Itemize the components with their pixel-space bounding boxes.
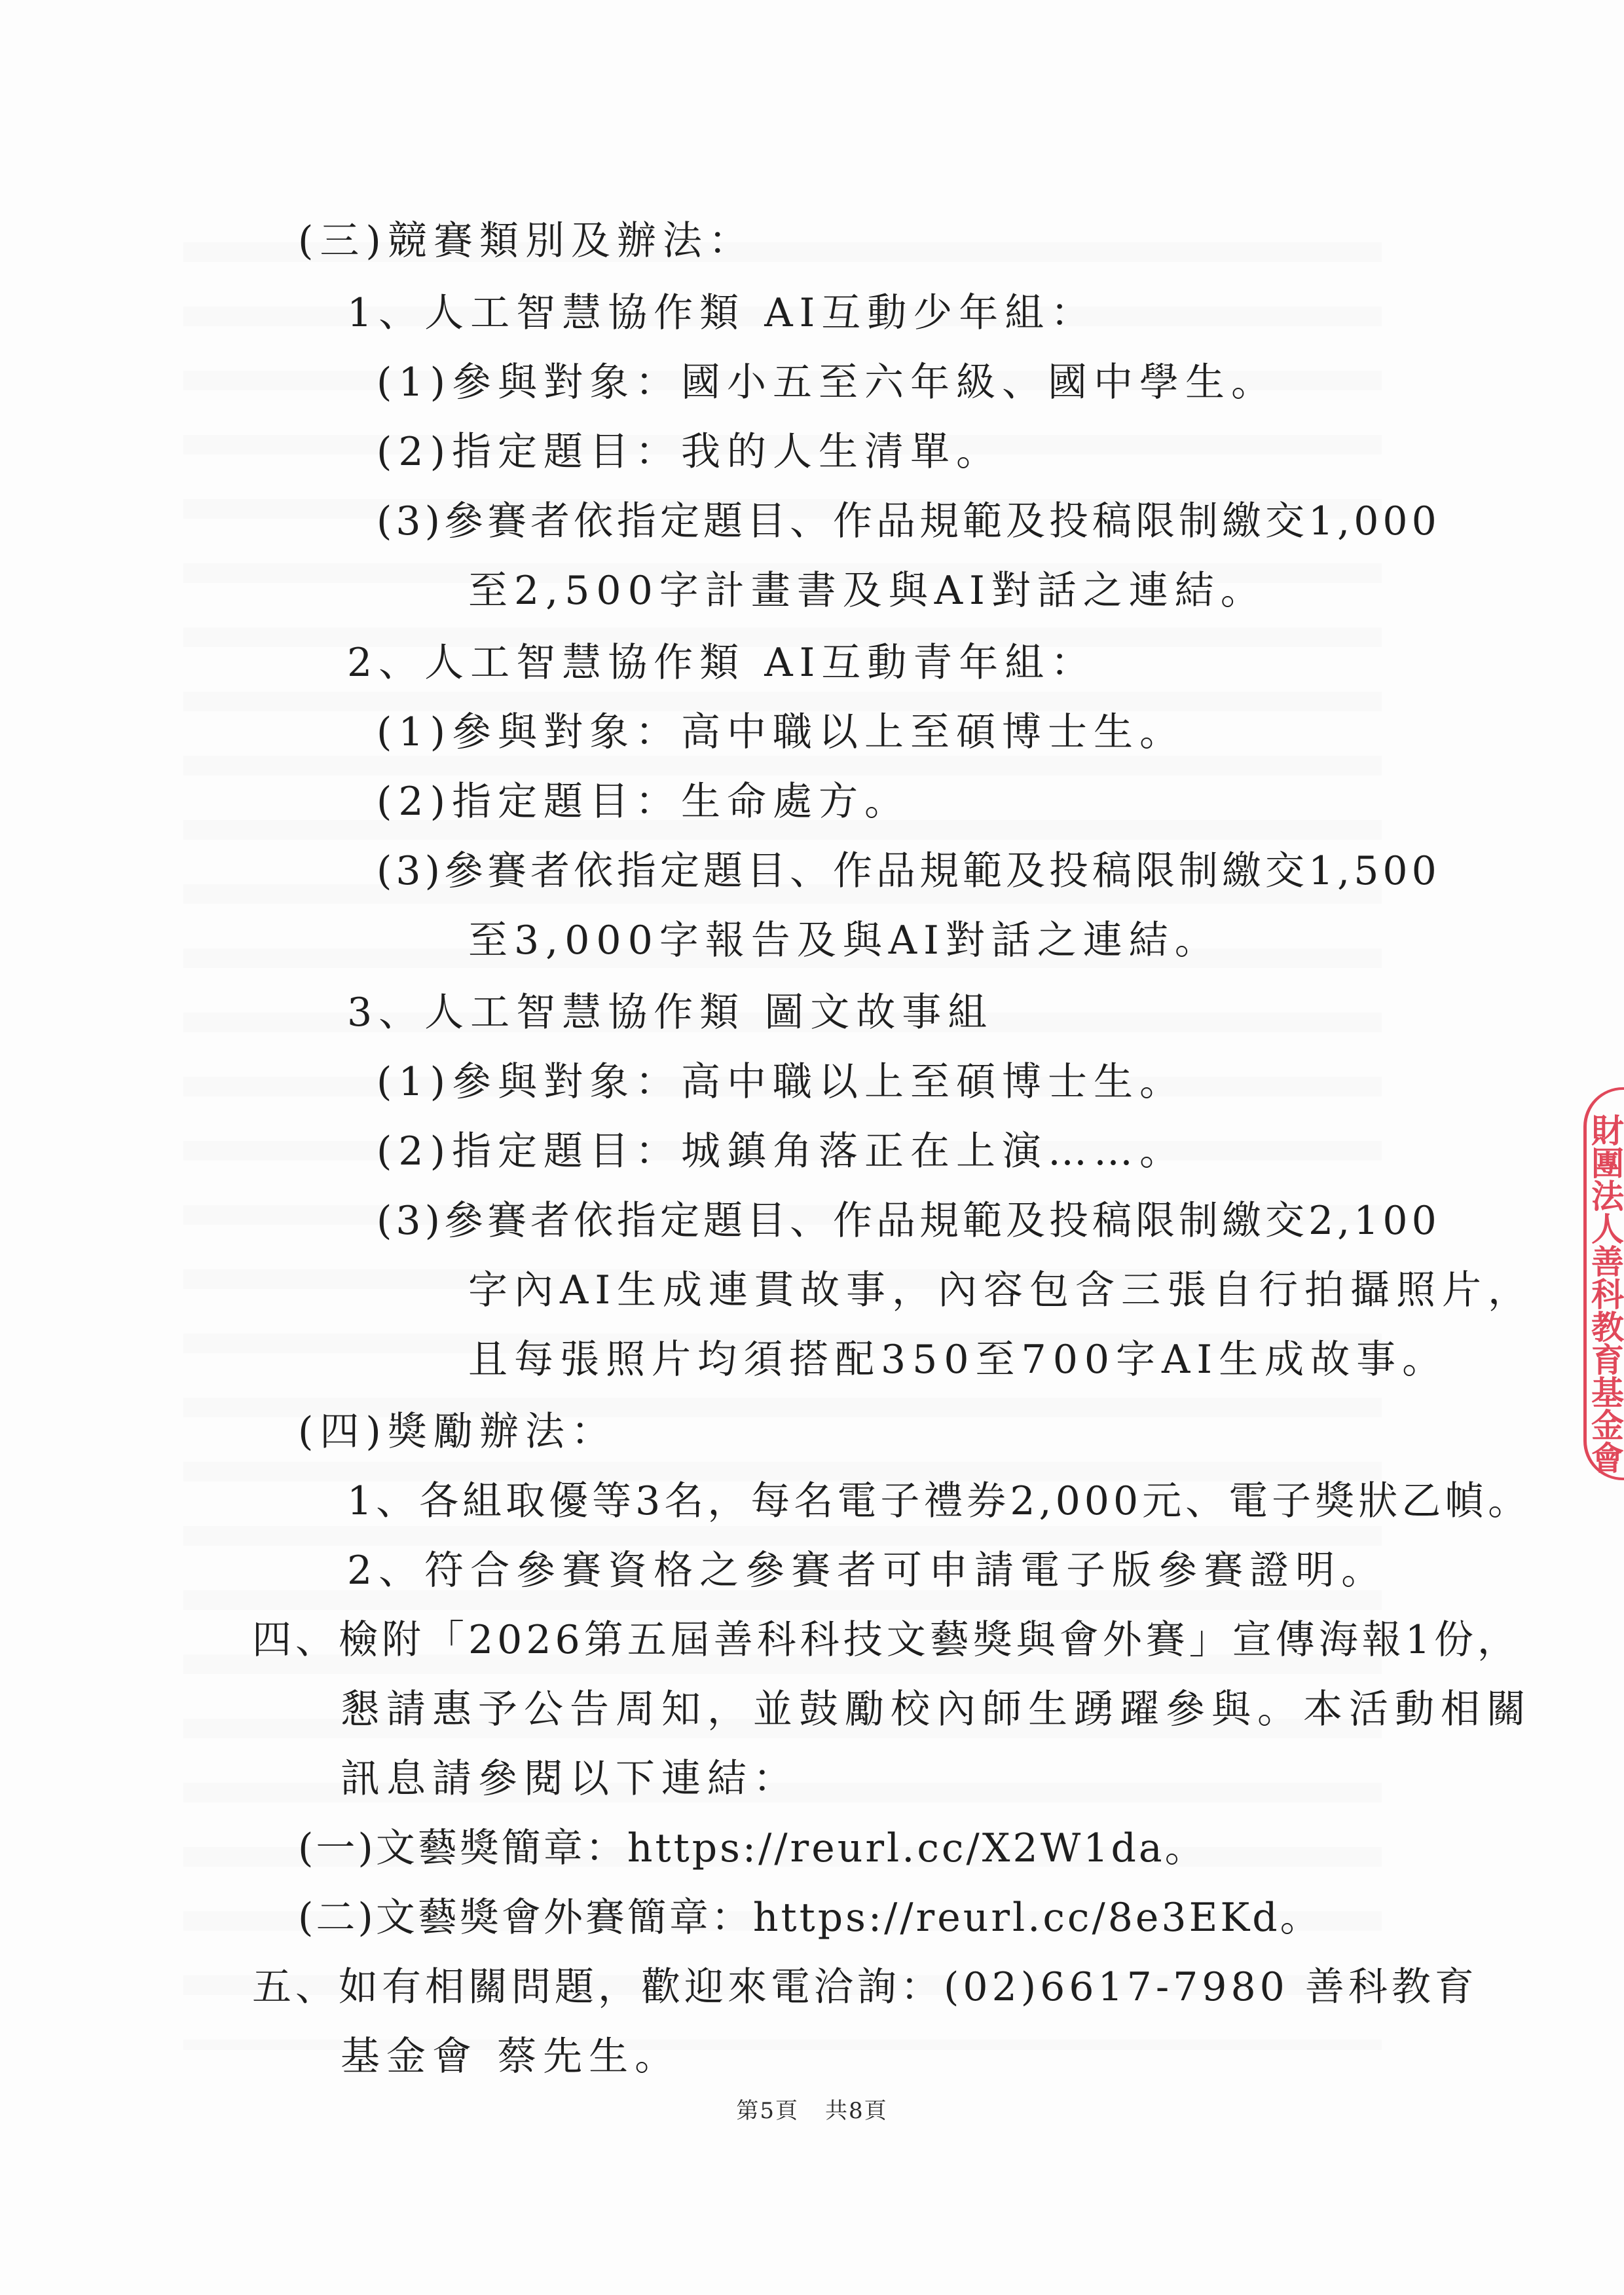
link-row-rules: (一)文藝獎簡章：https://reurl.cc/X2W1da。: [298, 1825, 1207, 1872]
page-footer: 第5頁共8頁: [0, 2093, 1624, 2125]
category-1-item-1: (1)參與對象：國小五至六年級、國中學生。: [377, 359, 1277, 406]
link-rules-url[interactable]: https://reurl.cc/X2W1da: [627, 1825, 1165, 1871]
category-3-item-3-continuation-1: 字內AI生成連貫故事，內容包含三張自行拍攝照片，: [468, 1267, 1534, 1314]
category-2-item-3-continuation: 至3,000字報告及與AI對話之連結。: [468, 917, 1221, 964]
point-4-line-3: 訊息請參閱以下連結：: [341, 1755, 799, 1802]
point-5-line-1: 五、如有相關問題，歡迎來電洽詢：(02)6617-7980 善科教育: [252, 1964, 1478, 2011]
page-total: 共8頁: [825, 2098, 888, 2124]
category-3-item-3-continuation-2: 且每張照片均須搭配350至700字AI生成故事。: [468, 1336, 1448, 1383]
category-title-1: 1、人工智慧協作類 AI互動少年組：: [347, 289, 1096, 337]
link-suffix: 。: [1165, 1825, 1207, 1871]
section-heading-competition-categories: (三)競賽類別及辦法：: [298, 217, 754, 265]
category-2-item-3: (3)參賽者依指定題目、作品規範及投稿限制繳交1,500: [377, 848, 1441, 895]
category-1-item-2: (2)指定題目：我的人生清單。: [377, 428, 1002, 476]
category-3-item-1: (1)參與對象：高中職以上至碩博士生。: [377, 1058, 1185, 1106]
link-suffix: 。: [1280, 1895, 1322, 1941]
category-title-2: 2、人工智慧協作類 AI互動青年組：: [347, 639, 1096, 686]
point-4-line-2: 懇請惠予公告周知，並鼓勵校內師生踴躍參與。本活動相關: [341, 1686, 1532, 1733]
category-1-item-3: (3)參賽者依指定題目、作品規範及投稿限制繳交1,000: [377, 498, 1441, 545]
category-3-item-2: (2)指定題目：城鎮角落正在上演……。: [377, 1128, 1185, 1175]
point-4-line-1: 四、檢附「2026第五屆善科科技文藝獎與會外賽」宣傳海報1份，: [252, 1616, 1521, 1664]
reward-item-2: 2、符合參賽資格之參賽者可申請電子版參賽證明。: [347, 1547, 1387, 1594]
category-title-3: 3、人工智慧協作類 圖文故事組: [347, 989, 993, 1036]
link-side-competition-url[interactable]: https://reurl.cc/8e3EKd: [753, 1895, 1280, 1941]
page-number: 第5頁: [736, 2098, 799, 2124]
category-3-item-3: (3)參賽者依指定題目、作品規範及投稿限制繳交2,100: [377, 1197, 1441, 1244]
reward-item-1: 1、各組取優等3名，每名電子禮券2,000元、電子獎狀乙幀。: [347, 1478, 1531, 1525]
link-row-side-competition: (二)文藝獎會外賽簡章：https://reurl.cc/8e3EKd。: [298, 1894, 1322, 1941]
category-2-item-1: (1)參與對象：高中職以上至碩博士生。: [377, 709, 1185, 756]
link-label-rules: (一)文藝獎簡章：: [298, 1825, 627, 1871]
organization-seal: 財團法人善科教育基金會: [1590, 1113, 1624, 1474]
category-1-item-3-continuation: 至2,500字計畫書及與AI對話之連結。: [468, 567, 1266, 614]
point-5-line-2: 基金會 蔡先生。: [341, 2033, 680, 2080]
link-label-side-competition: (二)文藝獎會外賽簡章：: [298, 1895, 753, 1941]
category-2-item-2: (2)指定題目：生命處方。: [377, 778, 910, 825]
section-heading-rewards: (四)獎勵辦法：: [298, 1408, 617, 1455]
